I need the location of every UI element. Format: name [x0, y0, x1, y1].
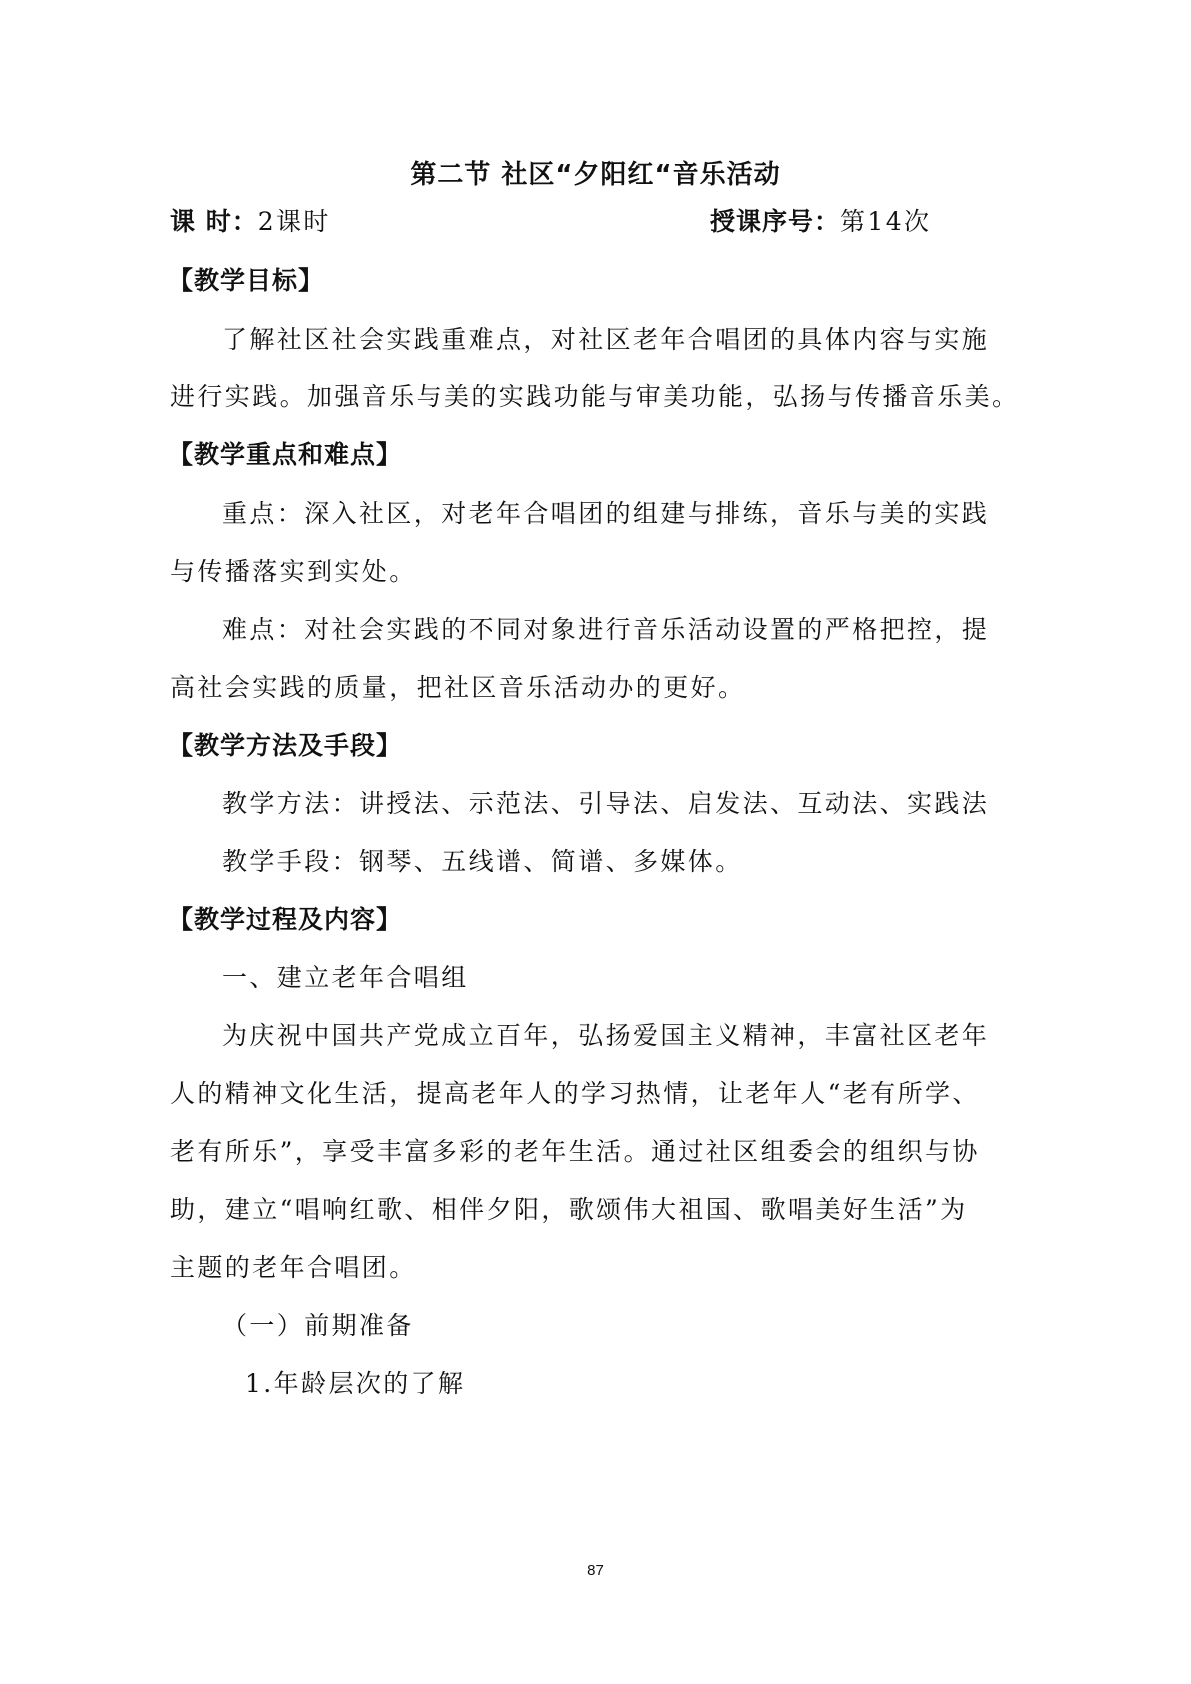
subheading-age-levels: 1.年龄层次的了解	[245, 1367, 465, 1401]
lesson-sequence: 授课序号：第14次	[710, 205, 931, 239]
subheading-preparation: （一）前期准备	[222, 1309, 414, 1343]
heading-teaching-objectives: 【教学目标】	[168, 264, 324, 298]
teaching-methods: 教学方法：讲授法、示范法、引导法、启发法、互动法、实践法	[222, 787, 989, 821]
objectives-line-1: 了解社区社会实践重难点，对社区老年合唱团的具体内容与实施	[222, 323, 989, 357]
subheading-establish-choir: 一、建立老年合唱组	[222, 961, 469, 995]
key-point-line-2: 与传播落实到实处。	[170, 555, 417, 589]
class-hours-value: 2课时	[258, 207, 331, 236]
process-paragraph-line-5: 主题的老年合唱团。	[170, 1251, 417, 1285]
section-title: 第二节 社区“夕阳红“音乐活动	[0, 158, 1191, 192]
class-hours: 课 时：2课时	[170, 205, 331, 239]
objectives-line-2: 进行实践。加强音乐与美的实践功能与审美功能，弘扬与传播音乐美。	[170, 380, 1019, 414]
class-hours-label: 课 时：	[170, 207, 258, 236]
heading-key-difficult-points: 【教学重点和难点】	[168, 438, 402, 472]
lesson-sequence-value: 第14次	[840, 207, 931, 236]
process-paragraph-line-1: 为庆祝中国共产党成立百年，弘扬爱国主义精神，丰富社区老年	[222, 1019, 989, 1053]
heading-methods-means: 【教学方法及手段】	[168, 729, 402, 763]
difficult-point-line-2: 高社会实践的质量，把社区音乐活动办的更好。	[170, 671, 745, 705]
teaching-means: 教学手段：钢琴、五线谱、简谱、多媒体。	[222, 845, 743, 879]
process-paragraph-line-2: 人的精神文化生活，提高老年人的学习热情，让老年人“老有所学、	[170, 1077, 980, 1111]
key-point-line-1: 重点：深入社区，对老年合唱团的组建与排练，音乐与美的实践	[222, 497, 989, 531]
heading-process-content: 【教学过程及内容】	[168, 903, 402, 937]
document-page: 第二节 社区“夕阳红“音乐活动 课 时：2课时 授课序号：第14次 【教学目标】…	[0, 0, 1191, 1684]
process-paragraph-line-4: 助，建立“唱响红歌、相伴夕阳，歌颂伟大祖国、歌唱美好生活”为	[170, 1193, 968, 1227]
page-number: 87	[0, 1562, 1191, 1580]
lesson-sequence-label: 授课序号：	[710, 207, 840, 236]
process-paragraph-line-3: 老有所乐”，享受丰富多彩的老年生活。通过社区组委会的组织与协	[170, 1135, 980, 1169]
difficult-point-line-1: 难点：对社会实践的不同对象进行音乐活动设置的严格把控，提	[222, 613, 989, 647]
